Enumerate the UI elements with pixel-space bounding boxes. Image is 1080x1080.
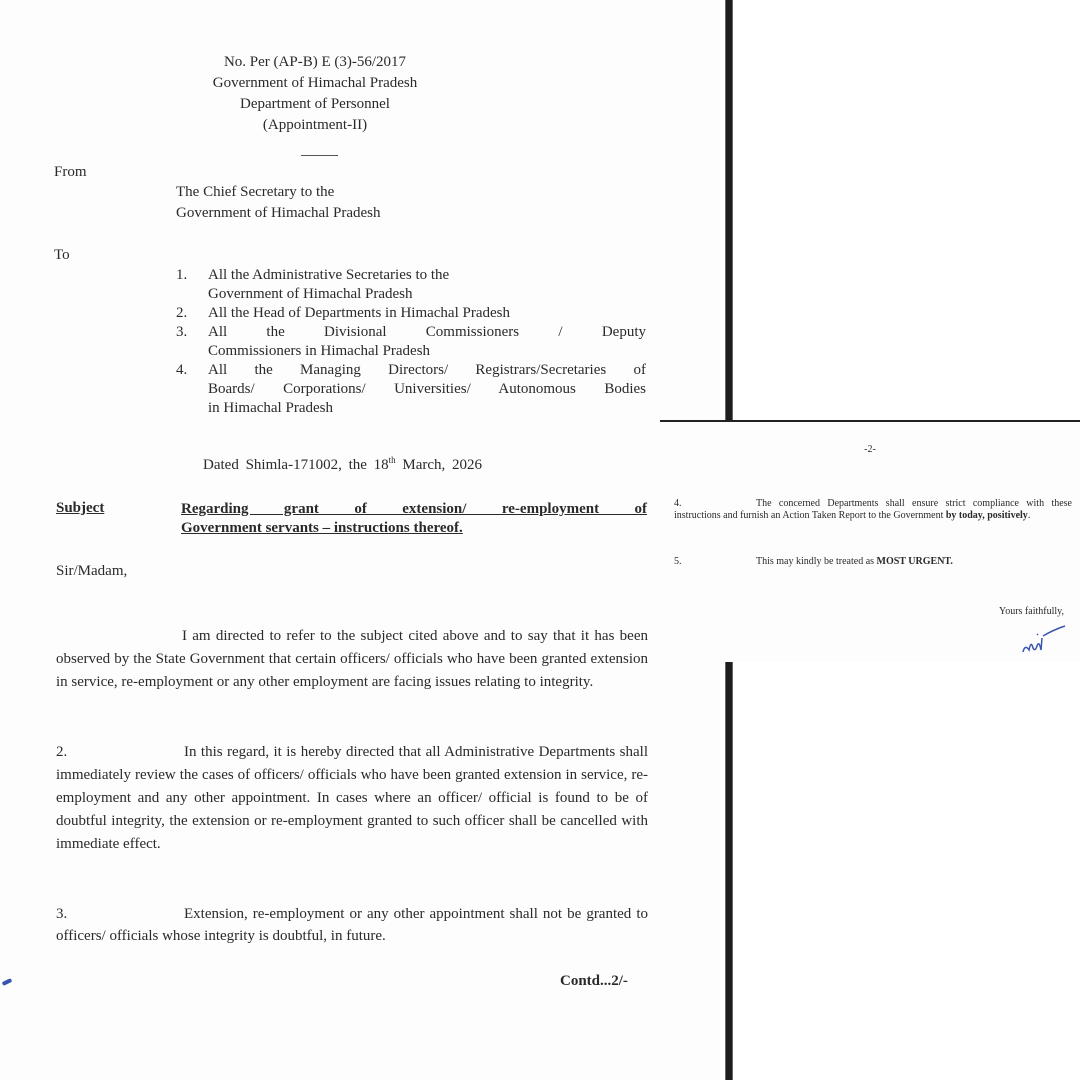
letter-page-1: No. Per (AP-B) E (3)-56/2017 Government … (0, 0, 724, 1080)
government-name: Government of Himachal Pradesh (170, 73, 460, 94)
recipient-number: 3. (176, 323, 208, 361)
recipient-text: All the Administrative Secretaries to th… (208, 266, 646, 304)
signature-icon (1015, 620, 1075, 660)
subject-text: Regarding grant of extension/ re-employm… (181, 500, 647, 538)
recipient-item: 2. All the Head of Departments in Himach… (176, 304, 646, 323)
department-name: Department of Personnel (170, 94, 460, 115)
reference-number: No. Per (AP-B) E (3)-56/2017 (170, 52, 460, 73)
paragraph-3: 3.Extension, re-employment or any other … (56, 903, 648, 947)
to-label: To (54, 247, 70, 264)
continued-marker: Contd...2/- (560, 973, 628, 990)
page-number: -2- (660, 444, 1080, 455)
closing-text: Yours faithfully, (999, 606, 1064, 617)
recipient-number: 2. (176, 304, 208, 323)
recipient-list: 1. All the Administrative Secretaries to… (176, 266, 646, 418)
recipient-item: 4. All the Managing Directors/ Registrar… (176, 361, 646, 418)
recipient-text: All the Divisional Commissioners / Deput… (208, 323, 646, 361)
paragraph-5: 5.This may kindly be treated as MOST URG… (674, 556, 1072, 568)
recipient-number: 4. (176, 361, 208, 418)
salutation: Sir/Madam, (56, 563, 127, 580)
from-sender: The Chief Secretary to the Government of… (176, 182, 381, 224)
from-label: From (54, 164, 87, 181)
from-line: The Chief Secretary to the (176, 182, 381, 203)
from-line: Government of Himachal Pradesh (176, 203, 381, 224)
section-name: (Appointment-II) (170, 115, 460, 136)
paragraph-2: 2.In this regard, it is hereby directed … (56, 741, 648, 856)
letter-header: No. Per (AP-B) E (3)-56/2017 Government … (170, 52, 460, 136)
header-rule (301, 155, 338, 156)
recipient-text: All the Managing Directors/ Registrars/S… (208, 361, 646, 418)
recipient-number: 1. (176, 266, 208, 304)
recipient-item: 3. All the Divisional Commissioners / De… (176, 323, 646, 361)
recipient-item: 1. All the Administrative Secretaries to… (176, 266, 646, 304)
paragraph-4: 4.The concerned Departments shall ensure… (674, 498, 1072, 522)
subject-label: Subject (56, 500, 104, 517)
paragraph-1: I am directed to refer to the subject ci… (56, 625, 648, 694)
dated-line: Dated Shimla-171002, the 18th March, 202… (203, 455, 482, 474)
recipient-text: All the Head of Departments in Himachal … (208, 304, 646, 323)
pen-mark (2, 978, 13, 986)
